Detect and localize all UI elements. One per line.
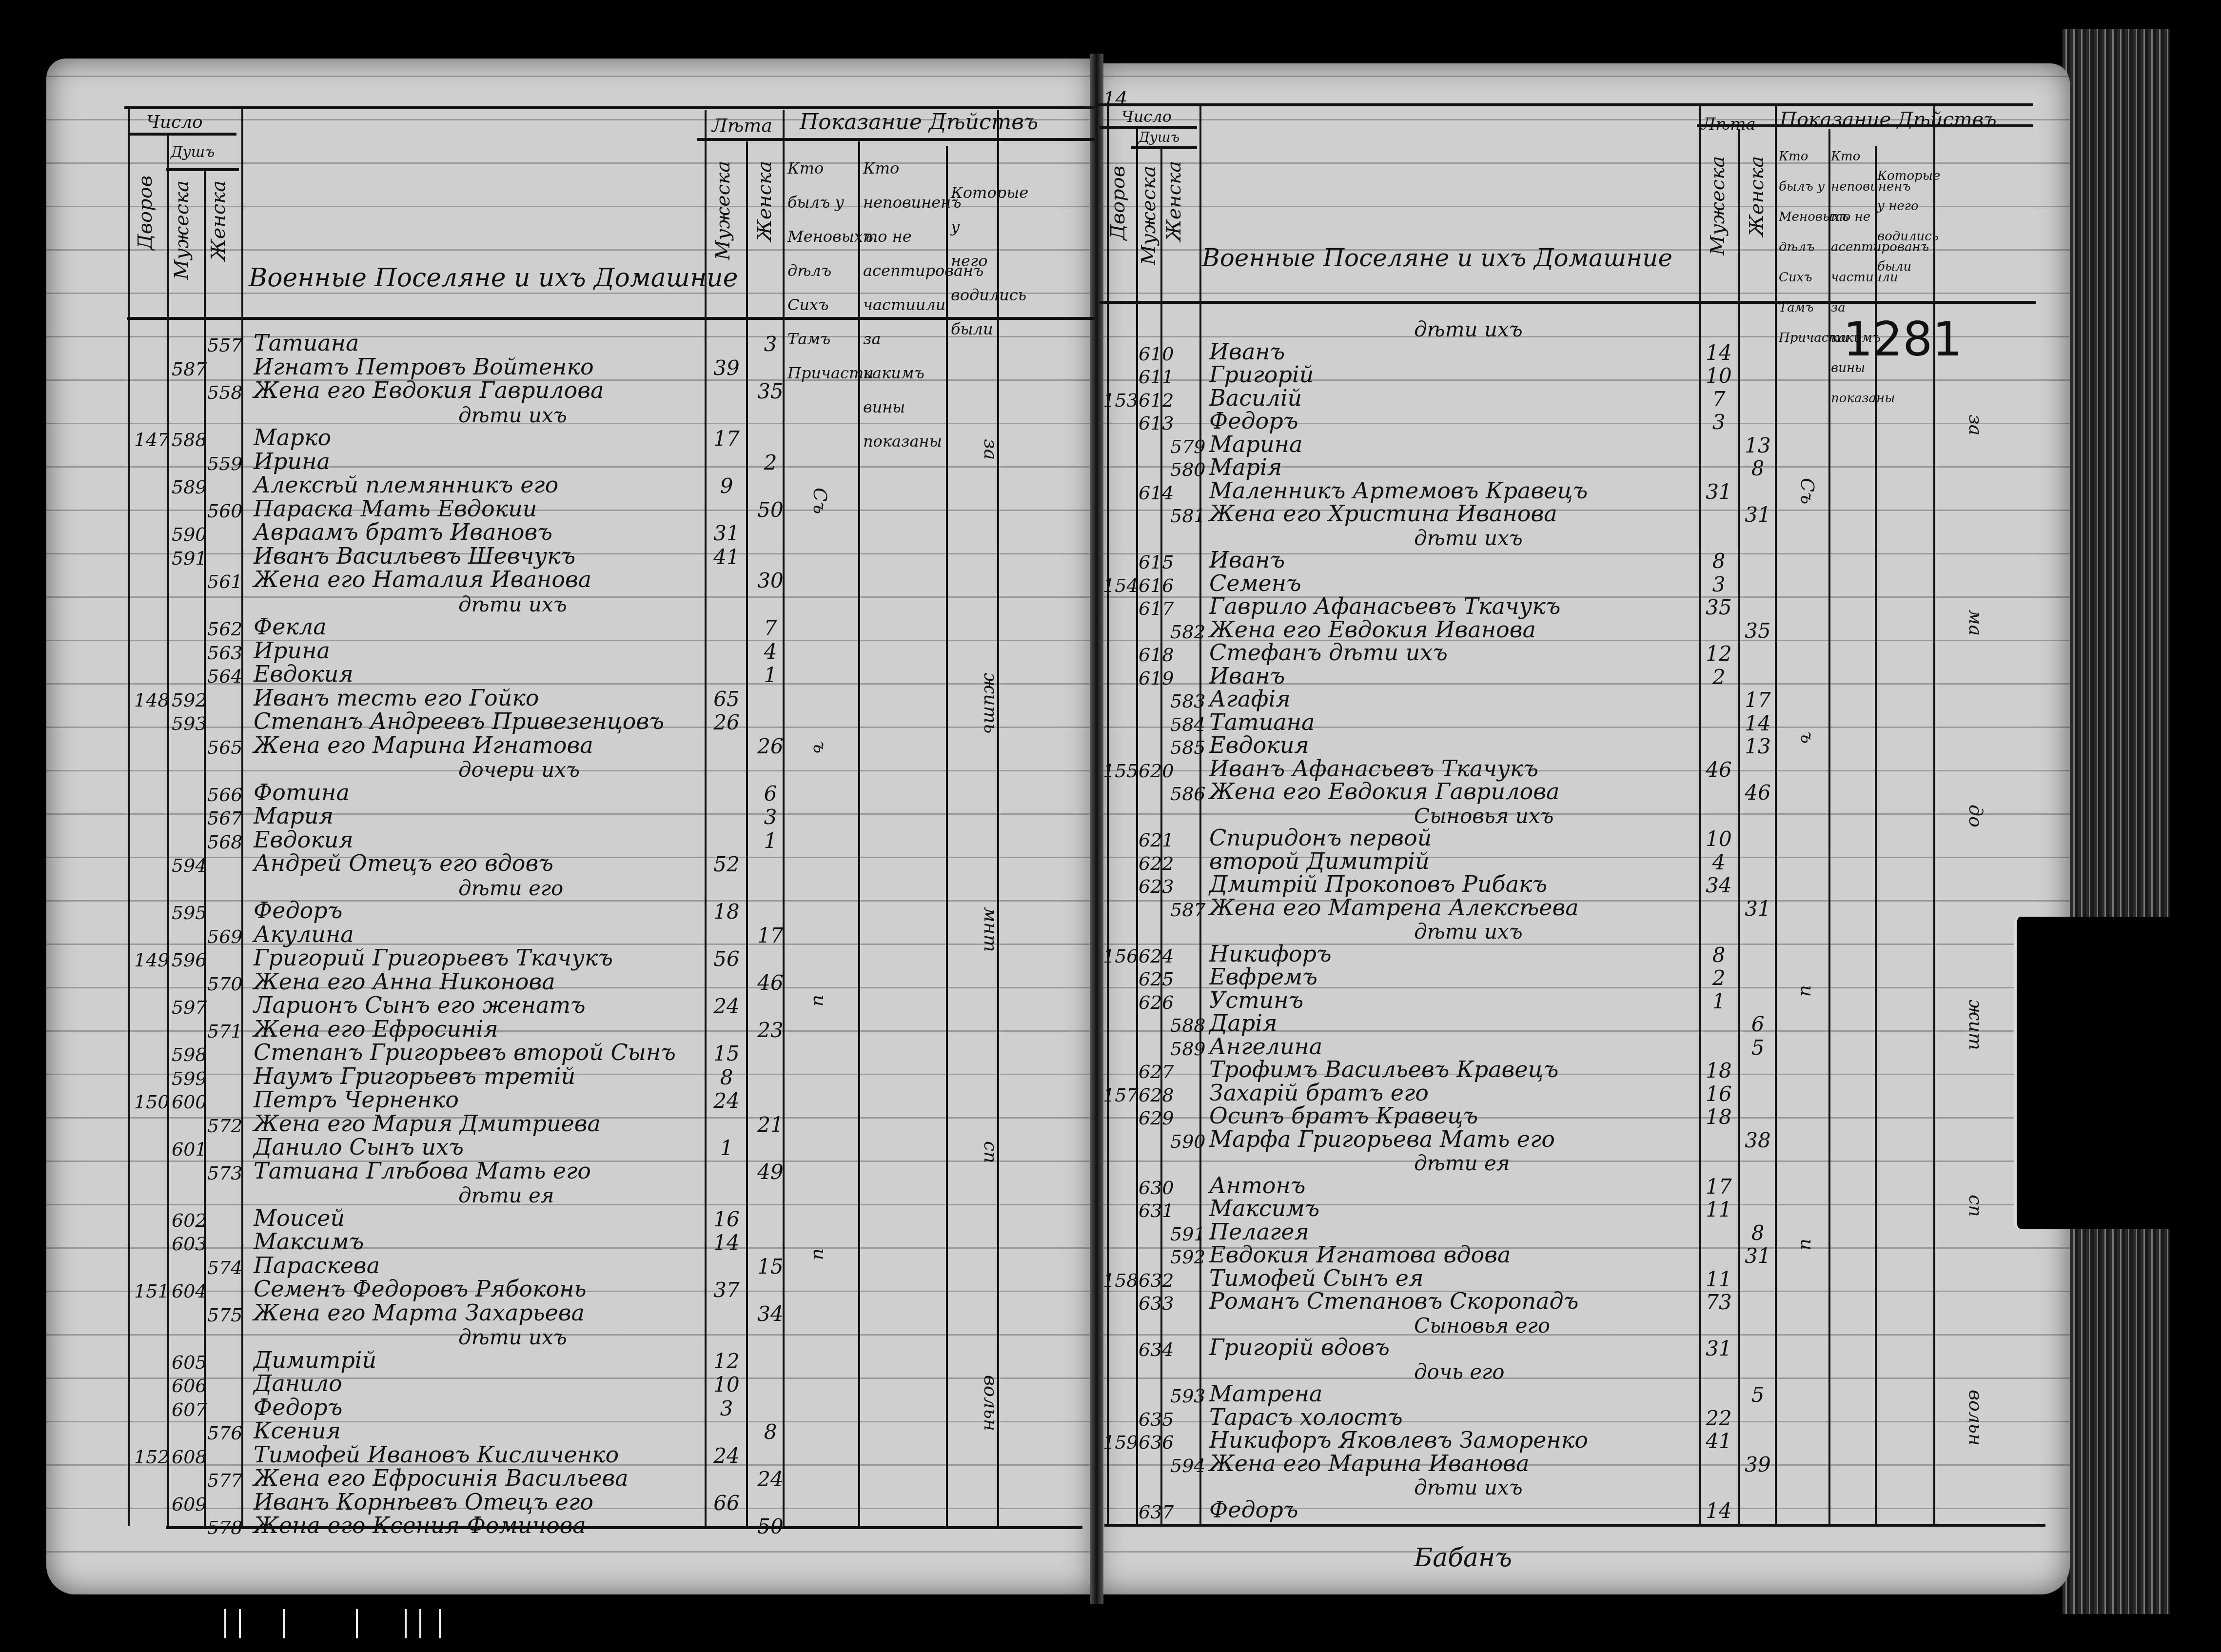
female-soul-number: 573 (207, 1162, 243, 1184)
female-age: 7 (748, 616, 792, 640)
person-name: Ангелина (1209, 1033, 1322, 1060)
female-soul-number: 582 (1170, 621, 1206, 643)
female-soul-number: 592 (1170, 1246, 1206, 1268)
person-name: Устинъ (1209, 987, 1303, 1013)
person-name: Никифоръ Яковлевъ Заморенко (1209, 1427, 1588, 1453)
female-soul-number: 590 (1170, 1131, 1206, 1152)
female-soul-number: 567 (207, 807, 243, 829)
male-age: 41 (1697, 1429, 1741, 1453)
margin-annotation: за (980, 439, 1002, 460)
person-name: Жена его Марина Иванова (1209, 1450, 1530, 1476)
male-age: 18 (1697, 1059, 1741, 1082)
person-name: Гаврило Афанасьевъ Ткачукъ (1209, 593, 1560, 619)
person-name: дѣти ихъ (1414, 526, 1523, 550)
male-age: 11 (1697, 1267, 1741, 1291)
person-name: Данило (254, 1370, 342, 1396)
male-age: 18 (705, 900, 748, 924)
col-divider (946, 146, 948, 1526)
male-soul-number: 603 (172, 1233, 207, 1255)
person-name: Григорій (1209, 361, 1314, 388)
person-name: Параска Мать Евдокии (254, 495, 537, 522)
male-soul-number: 616 (1139, 575, 1174, 596)
male-age: 2 (1697, 966, 1741, 990)
male-age: 52 (705, 852, 748, 876)
female-age: 5 (1736, 1383, 1780, 1407)
person-name: Авраамъ братъ Ивановъ (254, 519, 552, 545)
header-top-rule (1097, 103, 2033, 106)
female-age: 13 (1736, 433, 1780, 457)
person-name: дочь его (1414, 1360, 1505, 1384)
female-soul-number: 572 (207, 1115, 243, 1137)
male-age: 17 (705, 427, 748, 451)
col-divider (167, 133, 169, 1526)
male-age: 17 (1697, 1175, 1741, 1199)
female-age: 8 (1736, 1221, 1780, 1245)
person-name: Агафія (1209, 686, 1291, 712)
person-name: дѣти ея (1414, 1151, 1510, 1175)
header-pokazanie: Показание Дѣйствъ (800, 110, 1038, 135)
male-soul-number: 596 (172, 949, 207, 971)
header-rule (129, 133, 236, 136)
person-name: Максимъ (1209, 1195, 1319, 1221)
person-name: Алексѣй племянникъ его (254, 472, 558, 498)
header-col-b: Кто неповиненъ то не асептированъ частии… (863, 151, 943, 458)
person-name: Жена его Наталия Иванова (254, 566, 591, 592)
scale-ruler (210, 1599, 595, 1652)
female-age: 31 (1736, 1244, 1780, 1268)
male-age: 66 (705, 1491, 748, 1515)
male-soul-number: 630 (1139, 1177, 1174, 1199)
male-soul-number: 608 (172, 1446, 207, 1468)
male-soul-number: 602 (172, 1210, 207, 1231)
female-soul-number: 569 (207, 926, 243, 947)
person-name: Матрена (1209, 1380, 1323, 1407)
header-top-rule (124, 106, 1095, 109)
female-age: 2 (748, 451, 792, 474)
header-col-b: Кто неповиненъ то не асептированъ частии… (1831, 141, 1875, 413)
female-age: 31 (1736, 503, 1780, 527)
person-name: Иванъ (1209, 338, 1285, 365)
person-name: Наумъ Григорьевъ третій (254, 1063, 575, 1089)
person-name: Григорий Григорьевъ Ткачукъ (254, 944, 613, 971)
female-soul-number: 565 (207, 737, 243, 758)
female-soul-number: 568 (207, 831, 243, 853)
male-soul-number: 636 (1139, 1432, 1174, 1453)
person-name: дѣти ея (458, 1183, 554, 1207)
male-age: 16 (1697, 1082, 1741, 1106)
archive-stamp: 1281 (1843, 312, 1962, 367)
margin-annotation: и (809, 995, 831, 1006)
person-name: Мария (254, 803, 334, 829)
male-age: 10 (1697, 364, 1741, 388)
header-dush: Душъ (1139, 129, 1179, 145)
margin-annotation: до (1965, 805, 1986, 827)
male-soul-number: 592 (172, 689, 207, 711)
person-name: Параскева (254, 1252, 380, 1278)
margin-annotation: и (1797, 1239, 1818, 1250)
dvor-number: 154 (1103, 575, 1139, 596)
male-age: 7 (1697, 387, 1741, 411)
person-name: Ирина (254, 448, 330, 474)
header-bottom-rule (127, 317, 1095, 320)
female-age: 24 (748, 1467, 792, 1491)
dvor-number: 158 (1103, 1270, 1139, 1291)
person-name: Никифоръ (1209, 941, 1332, 967)
person-name: Иванъ Васильевъ Шевчукъ (254, 543, 575, 569)
female-soul-number: 576 (207, 1422, 243, 1444)
person-name: Марина (1209, 431, 1302, 457)
female-age: 14 (1736, 711, 1780, 735)
male-soul-number: 597 (172, 997, 207, 1018)
male-age: 39 (705, 356, 748, 380)
margin-annotation: Съ (1797, 478, 1818, 504)
male-soul-number: 612 (1139, 390, 1174, 411)
male-age: 34 (1697, 873, 1741, 897)
header-col-c: Которые у него водились были (1877, 161, 1931, 282)
margin-annotation: и (1797, 985, 1818, 997)
female-age: 6 (748, 782, 792, 806)
female-soul-number: 575 (207, 1304, 243, 1326)
female-soul-number: 563 (207, 642, 243, 664)
page-clip (2014, 917, 2221, 1229)
person-name: Семенъ (1209, 570, 1301, 596)
margin-annotation: Съ (809, 488, 831, 514)
female-soul-number: 584 (1170, 714, 1206, 735)
female-age: 46 (748, 971, 792, 995)
person-name: Моисей (254, 1205, 345, 1231)
male-soul-number: 627 (1139, 1061, 1174, 1082)
female-soul-number: 571 (207, 1021, 243, 1042)
female-age: 17 (748, 924, 792, 947)
margin-annotation: сп (1965, 1195, 1986, 1217)
male-age: 31 (705, 521, 748, 545)
header-leta-f: Женска (1746, 156, 1768, 236)
female-age: 21 (748, 1113, 792, 1137)
female-age: 6 (1736, 1012, 1780, 1036)
female-age: 39 (1736, 1453, 1780, 1476)
footer-note: Бабанъ (1414, 1543, 1512, 1573)
person-name: Марфа Григорьева Мать его (1209, 1126, 1555, 1152)
male-soul-number: 591 (172, 548, 207, 569)
male-soul-number: 621 (1139, 829, 1174, 851)
male-age: 24 (705, 994, 748, 1018)
female-age: 46 (1736, 781, 1780, 805)
male-soul-number: 619 (1139, 668, 1174, 689)
dvor-number: 155 (1103, 760, 1139, 782)
female-age: 31 (1736, 897, 1780, 921)
male-soul-number: 606 (172, 1375, 207, 1396)
person-name: Федоръ (1209, 1496, 1298, 1523)
person-name: второй Димитрій (1209, 848, 1430, 874)
person-name: Марко (254, 424, 331, 451)
female-soul-number: 581 (1170, 505, 1206, 527)
col-divider (858, 141, 860, 1526)
male-age: 73 (1697, 1290, 1741, 1314)
dvor-number: 149 (134, 949, 170, 971)
male-age: 8 (705, 1065, 748, 1089)
header-zhenska: Женска (207, 180, 230, 261)
person-name: Иванъ Корнѣевъ Отецъ его (254, 1489, 593, 1515)
header-chislo: Число (146, 112, 203, 132)
header-leta: Лѣта (712, 115, 772, 136)
person-name: дочери ихъ (458, 758, 580, 782)
person-name: Игнатъ Петровъ Войтенко (254, 354, 594, 380)
col-divider (997, 110, 999, 1526)
male-age: 10 (1697, 827, 1741, 851)
male-soul-number: 634 (1139, 1339, 1174, 1360)
header-leta-f: Женска (753, 161, 776, 241)
header-rule (697, 138, 1095, 141)
dvor-number: 157 (1103, 1084, 1139, 1106)
dvor-number: 147 (134, 429, 170, 451)
col-divider (1738, 129, 1740, 1524)
person-name: Жена его Ксения Фомичова (254, 1512, 586, 1538)
person-name: Димитрій (254, 1347, 376, 1373)
male-soul-number: 625 (1139, 968, 1174, 990)
dvor-number: 150 (134, 1091, 170, 1113)
male-soul-number: 610 (1139, 343, 1174, 365)
person-name: дѣти ихъ (458, 1325, 567, 1349)
male-soul-number: 599 (172, 1068, 207, 1089)
male-age: 12 (705, 1349, 748, 1373)
male-age: 8 (1697, 549, 1741, 573)
male-soul-number: 600 (172, 1091, 207, 1113)
person-name: Жена его Христина Иванова (1209, 500, 1557, 527)
female-soul-number: 586 (1170, 783, 1206, 805)
margin-annotation: ма (1965, 610, 1986, 636)
person-name: Андрей Отецъ его вдовъ (254, 850, 553, 876)
header-muzheska: Мужеска (171, 180, 193, 279)
person-name: Жена его Матрена Алексѣева (1209, 894, 1579, 921)
male-age: 12 (1697, 642, 1741, 666)
person-name: Иванъ (1209, 663, 1285, 689)
person-name: Ларионъ Сынъ его женатъ (254, 992, 586, 1018)
person-name: дѣти ихъ (1414, 1475, 1523, 1499)
male-age: 22 (1697, 1406, 1741, 1430)
female-soul-number: 578 (207, 1517, 243, 1538)
female-age: 5 (1736, 1036, 1780, 1060)
male-soul-number: 614 (1139, 482, 1174, 504)
female-age: 38 (1736, 1128, 1780, 1152)
margin-annotation: сп (980, 1141, 1002, 1163)
male-soul-number: 590 (172, 524, 207, 545)
male-soul-number: 628 (1139, 1084, 1174, 1106)
dvor-number: 156 (1103, 945, 1139, 967)
person-name: Спиридонъ первой (1209, 825, 1432, 851)
dvor-number: 152 (134, 1446, 170, 1468)
male-soul-number: 617 (1139, 598, 1174, 619)
person-name: Жена его Ефросинія Васильева (254, 1465, 629, 1491)
male-age: 41 (705, 545, 748, 569)
male-soul-number: 631 (1139, 1200, 1174, 1221)
female-soul-number: 591 (1170, 1223, 1206, 1245)
person-name: Федоръ (254, 897, 342, 924)
female-age: 3 (748, 332, 792, 356)
margin-annotation: вольн (980, 1375, 1002, 1431)
person-name: Евдокия (254, 826, 354, 853)
person-name: Стефанъ дѣти ихъ (1209, 639, 1448, 666)
person-name: Жена его Евдокия Иванова (1209, 616, 1536, 643)
female-age: 23 (748, 1018, 792, 1042)
person-name: Татиана Глѣбова Мать его (254, 1158, 591, 1184)
male-age: 14 (705, 1231, 748, 1255)
female-age: 49 (748, 1160, 792, 1184)
margin-annotation: ъ (809, 741, 831, 753)
book-gutter (1090, 54, 1103, 1604)
person-name: Федоръ (254, 1394, 342, 1420)
person-name: Евдокия (254, 661, 354, 687)
female-soul-number: 566 (207, 784, 243, 806)
person-name: Иванъ (1209, 547, 1285, 573)
person-name: Трофимъ Васильевъ Кравецъ (1209, 1056, 1558, 1082)
header-names: Военные Поселяне и ихъ Домашние (249, 263, 738, 293)
male-soul-number: 615 (1139, 551, 1174, 573)
person-name: Жена его Евдокия Гаврилова (254, 377, 604, 403)
header-zhenska: Женска (1163, 161, 1185, 241)
col-divider (1199, 103, 1201, 1524)
dvor-number: 159 (1103, 1432, 1139, 1453)
male-age: 1 (705, 1136, 748, 1160)
male-soul-number: 613 (1139, 413, 1174, 434)
female-age: 1 (748, 829, 792, 853)
person-name: Жена его Анна Никонова (254, 968, 555, 995)
person-name: дѣти ихъ (458, 403, 567, 427)
female-soul-number: 579 (1170, 436, 1206, 457)
person-name: дѣти ихъ (458, 592, 567, 616)
header-names: Военные Поселяне и ихъ Домашние (1202, 244, 1672, 272)
person-name: Евдокия (1209, 732, 1309, 758)
col-divider (128, 106, 130, 1526)
person-name: Семенъ Федоровъ Рябоконь (254, 1276, 587, 1302)
female-age: 35 (748, 379, 792, 403)
male-soul-number: 611 (1139, 366, 1174, 388)
col-divider (1107, 103, 1109, 1524)
female-soul-number: 593 (1170, 1385, 1206, 1407)
person-name: Татиана (1209, 709, 1315, 735)
female-soul-number: 560 (207, 500, 243, 522)
male-age: 37 (705, 1278, 748, 1302)
male-soul-number: 629 (1139, 1107, 1174, 1129)
male-soul-number: 618 (1139, 644, 1174, 666)
male-soul-number: 637 (1139, 1501, 1174, 1523)
person-name: Евдокия Игнатова вдова (1209, 1241, 1511, 1268)
person-name: Маленникъ Артемовъ Кравецъ (1209, 477, 1588, 504)
person-name: Степанъ Григорьевъ второй Сынъ (254, 1039, 676, 1065)
header-leta-m: Мужеска (1707, 156, 1729, 255)
male-age: 14 (1697, 1499, 1741, 1523)
margin-annotation: ъ (1797, 731, 1818, 744)
female-soul-number: 580 (1170, 459, 1206, 480)
male-soul-number: 589 (172, 476, 207, 498)
female-soul-number: 585 (1170, 737, 1206, 758)
person-name: Акулина (254, 921, 354, 947)
header-col-a: Кто былъ у Меновыхъ дѣлъ Сихъ Тамъ Прича… (787, 151, 856, 390)
female-soul-number: 574 (207, 1257, 243, 1278)
female-soul-number: 587 (1170, 899, 1206, 921)
person-name: Сыновья ихъ (1414, 804, 1554, 828)
male-age: 24 (705, 1089, 748, 1113)
female-soul-number: 559 (207, 453, 243, 474)
person-name: Ксения (254, 1417, 341, 1444)
col-divider (1775, 103, 1777, 1524)
male-soul-number: 632 (1139, 1270, 1174, 1291)
male-soul-number: 601 (172, 1139, 207, 1160)
male-age: 65 (705, 687, 748, 711)
person-name: Захарій братъ его (1209, 1080, 1429, 1106)
male-age: 8 (1697, 943, 1741, 967)
male-age: 1 (1697, 989, 1741, 1013)
person-name: Данило Сынъ ихъ (254, 1134, 464, 1160)
male-soul-number: 635 (1139, 1409, 1174, 1430)
male-age: 18 (1697, 1105, 1741, 1129)
female-soul-number: 594 (1170, 1455, 1206, 1476)
male-age: 24 (705, 1444, 748, 1468)
table-bottom-rule (1104, 1524, 2045, 1527)
dvor-number: 151 (134, 1280, 170, 1302)
female-age: 35 (1736, 619, 1780, 643)
header-dvorov: Дворов (134, 176, 157, 250)
header-leta: Лѣта (1702, 115, 1756, 134)
margin-annotation: мнт (980, 907, 1002, 952)
male-age: 2 (1697, 665, 1741, 689)
person-name: Евфремъ (1209, 964, 1317, 990)
male-soul-number: 595 (172, 902, 207, 924)
female-soul-number: 557 (207, 334, 243, 356)
male-age: 14 (1697, 341, 1741, 365)
female-age: 8 (748, 1420, 792, 1444)
person-name: Жена его Мария Дмитриева (254, 1110, 601, 1137)
person-name: Дмитрій Прокоповъ Рибакъ (1209, 871, 1547, 897)
female-soul-number: 558 (207, 382, 243, 403)
female-age: 15 (748, 1255, 792, 1278)
header-bottom-rule (1100, 301, 2036, 304)
person-name: Григорій вдовъ (1209, 1334, 1390, 1360)
margin-annotation: и (809, 1248, 831, 1260)
male-soul-number: 587 (172, 358, 207, 380)
dvor-number: 153 (1103, 390, 1139, 411)
person-name: Осипъ братъ Кравецъ (1209, 1102, 1478, 1129)
female-age: 50 (748, 498, 792, 522)
person-name: Романъ Степановъ Скоропадъ (1209, 1288, 1578, 1314)
male-soul-number: 607 (172, 1399, 207, 1420)
person-name: Жена его Евдокия Гаврилова (1209, 778, 1559, 805)
male-soul-number: 593 (172, 713, 207, 734)
header-chislo: Число (1121, 107, 1172, 126)
person-name: Фекла (254, 613, 327, 640)
header-col-c: Которые у него водились были (951, 176, 997, 346)
person-name: Василій (1209, 385, 1302, 411)
person-name: Жена его Ефросинія (254, 1016, 498, 1042)
female-soul-number: 561 (207, 571, 243, 592)
person-name: Тарасъ холостъ (1209, 1404, 1403, 1430)
person-name: Федоръ (1209, 408, 1298, 434)
person-name: Иванъ тесть его Гойко (254, 685, 539, 711)
female-age: 1 (748, 663, 792, 687)
col-divider (746, 141, 748, 1526)
male-soul-number: 598 (172, 1044, 207, 1065)
person-name: Татиана (254, 330, 359, 356)
male-soul-number: 594 (172, 855, 207, 876)
person-name: дѣти ихъ (1414, 317, 1523, 341)
male-soul-number: 605 (172, 1352, 207, 1373)
male-age: 3 (705, 1396, 748, 1420)
margin-annotation: вольн (1965, 1390, 1986, 1446)
female-soul-number: 588 (1170, 1015, 1206, 1036)
male-soul-number: 633 (1139, 1293, 1174, 1314)
male-soul-number: 622 (1139, 853, 1174, 874)
col-divider (705, 110, 707, 1526)
male-age: 16 (705, 1207, 748, 1231)
